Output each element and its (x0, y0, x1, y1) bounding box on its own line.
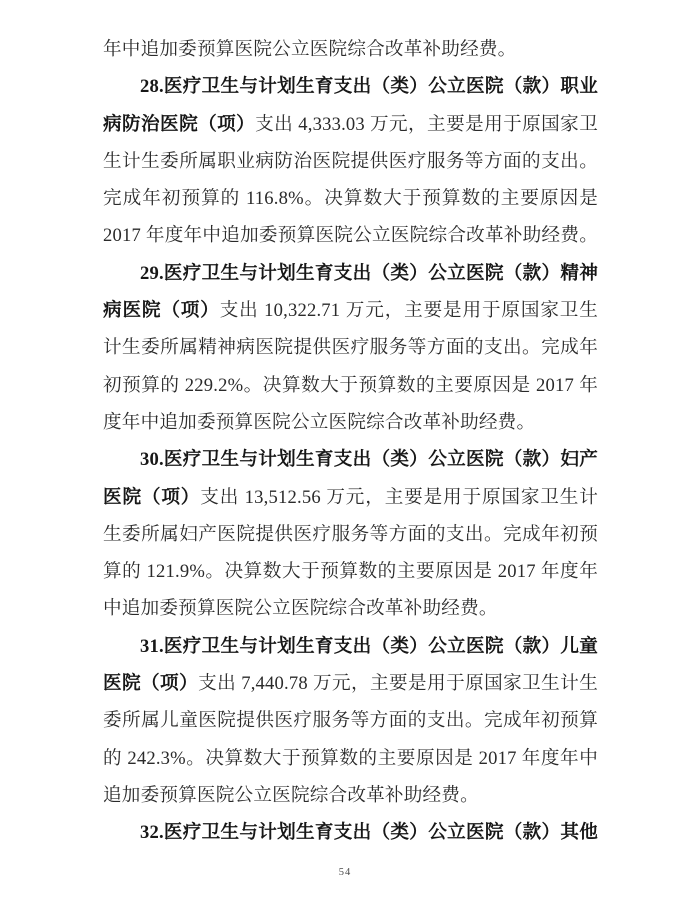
heading-text-segment: 28.医疗卫生与计划生育支出（类）公立医院（款）职业 (140, 76, 598, 97)
body-text-segment: 的 242.3%。决算数大于预算数的主要原因是 2017 年度年中 (103, 748, 598, 769)
heading-text-segment: 32.医疗卫生与计划生育支出（类）公立医院（款）其他 (140, 822, 598, 843)
document-body: 年中追加委预算医院公立医院综合改革补助经费。28.医疗卫生与计划生育支出（类）公… (103, 31, 598, 852)
text-line: 28.医疗卫生与计划生育支出（类）公立医院（款）职业 (103, 68, 598, 105)
heading-text-segment: 29.医疗卫生与计划生育支出（类）公立医院（款）精神 (140, 263, 598, 284)
text-line: 的 242.3%。决算数大于预算数的主要原因是 2017 年度年中 (103, 740, 598, 777)
text-line: 算的 121.9%。决算数大于预算数的主要原因是 2017 年度年 (103, 553, 598, 590)
text-line: 31.医疗卫生与计划生育支出（类）公立医院（款）儿童 (103, 628, 598, 665)
body-text-segment: 追加委预算医院公立医院综合改革补助经费。 (103, 785, 479, 806)
text-line: 医院（项）支出 13,512.56 万元，主要是用于原国家卫生计 (103, 479, 598, 516)
heading-text-segment: 31.医疗卫生与计划生育支出（类）公立医院（款）儿童 (140, 636, 598, 657)
body-text-segment: 计生委所属精神病医院提供医疗服务等方面的支出。完成年 (103, 337, 598, 358)
body-text-segment: 支出 10,322.71 万元，主要是用于原国家卫生 (220, 300, 598, 321)
text-line: 追加委预算医院公立医院综合改革补助经费。 (103, 777, 598, 814)
heading-text-segment: 30.医疗卫生与计划生育支出（类）公立医院（款）妇产 (140, 449, 598, 470)
body-text-segment: 度年中追加委预算医院公立医院综合改革补助经费。 (103, 412, 535, 433)
text-line: 度年中追加委预算医院公立医院综合改革补助经费。 (103, 404, 598, 441)
body-text-segment: 生计生委所属职业病防治医院提供医疗服务等方面的支出。 (103, 151, 598, 172)
text-line: 生计生委所属职业病防治医院提供医疗服务等方面的支出。 (103, 143, 598, 180)
text-line: 32.医疗卫生与计划生育支出（类）公立医院（款）其他 (103, 814, 598, 851)
heading-text-segment: 医院（项） (103, 673, 198, 694)
text-line: 初预算的 229.2%。决算数大于预算数的主要原因是 2017 年 (103, 367, 598, 404)
text-line: 病医院（项）支出 10,322.71 万元，主要是用于原国家卫生 (103, 292, 598, 329)
page-footer: 54 (0, 862, 700, 880)
heading-text-segment: 病医院（项） (103, 300, 220, 321)
body-text-segment: 委所属儿童医院提供医疗服务等方面的支出。完成年初预算 (103, 710, 598, 731)
text-line: 2017 年度年中追加委预算医院公立医院综合改革补助经费。 (103, 217, 598, 254)
body-text-segment: 初预算的 229.2%。决算数大于预算数的主要原因是 2017 年 (103, 375, 598, 396)
text-line: 病防治医院（项）支出 4,333.03 万元，主要是用于原国家卫 (103, 106, 598, 143)
document-page: 年中追加委预算医院公立医院综合改革补助经费。28.医疗卫生与计划生育支出（类）公… (0, 0, 700, 903)
body-text-segment: 算的 121.9%。决算数大于预算数的主要原因是 2017 年度年 (103, 561, 598, 582)
text-line: 生委所属妇产医院提供医疗服务等方面的支出。完成年初预 (103, 516, 598, 553)
body-text-segment: 支出 7,440.78 万元，主要是用于原国家卫生计生 (198, 673, 598, 694)
text-line: 计生委所属精神病医院提供医疗服务等方面的支出。完成年 (103, 329, 598, 366)
heading-text-segment: 医院（项） (103, 487, 200, 508)
body-text-segment: 2017 年度年中追加委预算医院公立医院综合改革补助经费。 (103, 225, 598, 246)
text-line: 医院（项）支出 7,440.78 万元，主要是用于原国家卫生计生 (103, 665, 598, 702)
body-text-segment: 支出 4,333.03 万元，主要是用于原国家卫 (255, 114, 598, 135)
text-line: 完成年初预算的 116.8%。决算数大于预算数的主要原因是 (103, 180, 598, 217)
text-line: 30.医疗卫生与计划生育支出（类）公立医院（款）妇产 (103, 441, 598, 478)
text-line: 年中追加委预算医院公立医院综合改革补助经费。 (103, 31, 598, 68)
body-text-segment: 年中追加委预算医院公立医院综合改革补助经费。 (103, 39, 516, 60)
text-line: 29.医疗卫生与计划生育支出（类）公立医院（款）精神 (103, 255, 598, 292)
text-line: 中追加委预算医院公立医院综合改革补助经费。 (103, 590, 598, 627)
page-number: 54 (339, 867, 352, 878)
body-text-segment: 完成年初预算的 116.8%。决算数大于预算数的主要原因是 (103, 188, 598, 209)
body-text-segment: 支出 13,512.56 万元，主要是用于原国家卫生计 (200, 487, 598, 508)
body-text-segment: 生委所属妇产医院提供医疗服务等方面的支出。完成年初预 (103, 524, 598, 545)
heading-text-segment: 病防治医院（项） (103, 114, 255, 135)
body-text-segment: 中追加委预算医院公立医院综合改革补助经费。 (103, 598, 498, 619)
text-line: 委所属儿童医院提供医疗服务等方面的支出。完成年初预算 (103, 702, 598, 739)
